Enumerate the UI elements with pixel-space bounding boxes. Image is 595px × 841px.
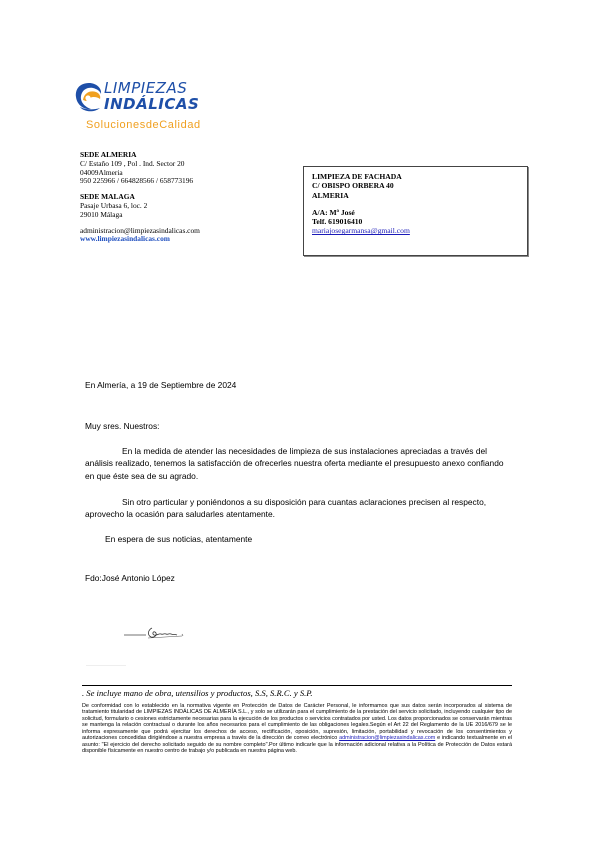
company-logo: LIMPIEZAS INDÁLICAS SolucionesdeCalidad — [74, 78, 224, 138]
footer-separator — [82, 685, 512, 686]
letter-paragraph-1: En la medida de atender las necesidades … — [85, 445, 505, 482]
recipient-phone: Telf. 619016410 — [312, 217, 527, 226]
sede-almeria-phones: 950 225966 / 664828566 / 658773196 — [80, 177, 290, 186]
letter-signed-by: Fdo:José Antonio López — [85, 572, 175, 584]
sede-malaga-city: 29010 Málaga — [80, 211, 290, 220]
recipient-name: LIMPIEZA DE FACHADA — [312, 172, 527, 181]
faint-scan-line — [86, 665, 126, 666]
recipient-address: C/ OBISPO ORBERA 40 — [312, 181, 527, 190]
recipient-email-link[interactable]: mariajosegarmansa@gmail.com — [312, 226, 410, 235]
letter-closing: En espera de sus noticias, atentamente — [105, 533, 252, 545]
sender-website-link[interactable]: www.limpiezasindalicas.com — [80, 235, 290, 244]
logo-tagline: SolucionesdeCalidad — [86, 119, 201, 131]
logo-text-line2: INDÁLICAS — [104, 97, 199, 112]
handwritten-signature-icon — [122, 624, 192, 640]
logo-swirl-icon — [74, 80, 104, 114]
sender-info: SEDE ALMERIA C/ Estaño 109 , Pol . Ind. … — [80, 151, 290, 244]
letter-paragraph-2: Sin otro particular y poniéndonos a su d… — [85, 496, 505, 521]
letter-date: En Almería, a 19 de Septiembre de 2024 — [85, 379, 236, 391]
recipient-city: ALMERIA — [312, 191, 527, 200]
recipient-attention: A/A: Mª José — [312, 208, 527, 217]
logo-text-line1: LIMPIEZAS — [104, 81, 187, 96]
data-protection-notice: De conformidad con lo establecido en la … — [82, 703, 512, 755]
paragraph-1-text: En la medida de atender las necesidades … — [85, 446, 504, 481]
recipient-box: LIMPIEZA DE FACHADA C/ OBISPO ORBERA 40 … — [303, 166, 528, 256]
includes-note: . Se incluye mano de obra, utensilios y … — [82, 688, 313, 698]
legal-email-link[interactable]: administracion@limpiezasindalicas.com — [339, 735, 435, 741]
paragraph-2-text: Sin otro particular y poniéndonos a su d… — [85, 497, 486, 519]
letter-greeting: Muy sres. Nuestros: — [85, 420, 159, 432]
